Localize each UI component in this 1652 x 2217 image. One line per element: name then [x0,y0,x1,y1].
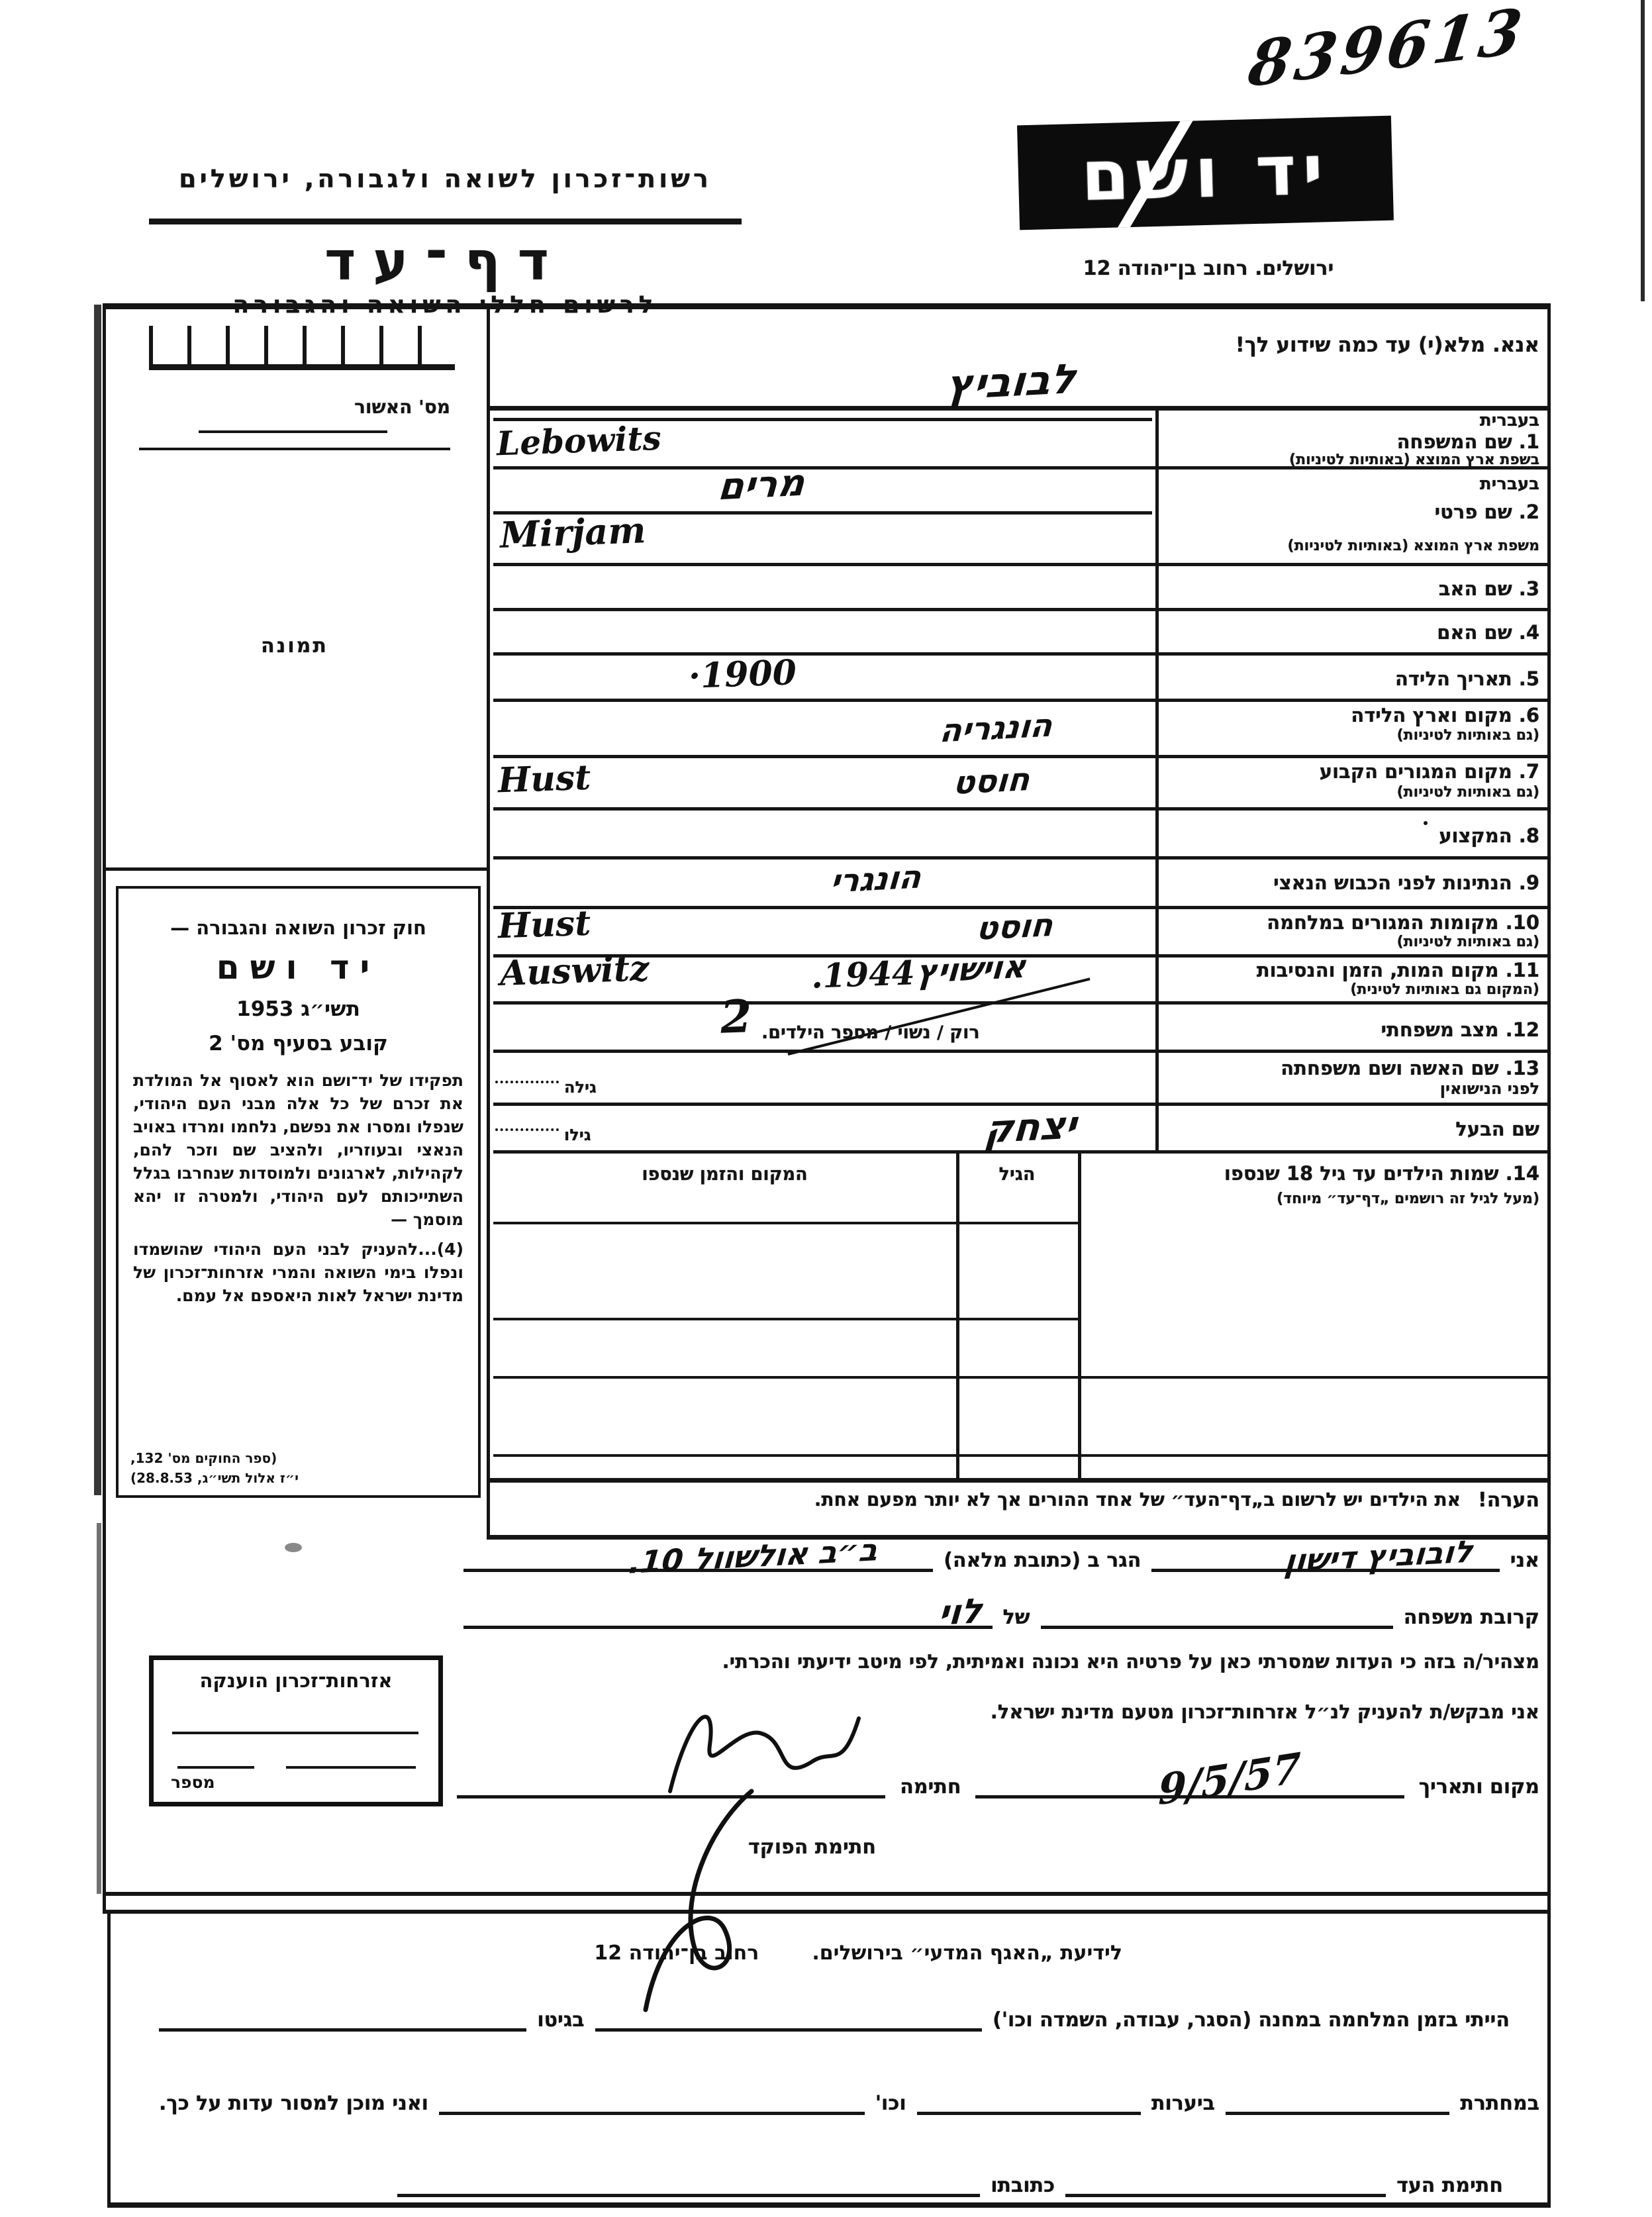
witness-signature-row: חתימת העד כתובתו [397,2160,1503,2197]
entry-first-name-latin: Mirjam [499,509,647,556]
field5-label: 5. תאריך הלידה [1395,667,1539,690]
entry-birth-date: 1900· [688,652,797,697]
field8-label: 8. המקצוע [1439,824,1539,847]
scan-edge-mark-right [1641,0,1645,301]
entry-birth-place: הונגריה [938,707,1054,750]
write-line-death-place [493,1001,1549,1005]
underground-field [1226,2112,1449,2115]
write-line-marital [493,1050,1549,1053]
ghetto-field [159,2028,526,2032]
write-line-birthplace [493,755,1549,758]
header-underline [149,219,742,224]
scan-edge-smudge-left [94,305,101,1495]
entry-husband-name: יצחק [983,1102,1079,1152]
main-box-top-border [103,303,1551,309]
etc-label: וכו' [875,2092,906,2115]
main-box-right-border [1547,303,1551,2207]
camp-field [595,2028,983,2032]
date-handwritten: 9/5/57 [1157,1743,1300,1814]
notice-address: רחוב בן־יהודה 12 [594,1942,759,1965]
signature-label: חתימה [900,1775,961,1798]
entry-death-time: 1944. [810,953,916,995]
scientific-branch-notice: לידיעת „האגף המדעי״ בירושלים. רחוב בן־יה… [594,1942,1122,1965]
law-excerpt-box: חוק זכרון השואה והגבורה — יד ושם תשי״ג 1… [116,886,481,1498]
field7-label: 7. מקום המגורים הקבוע [1320,760,1539,783]
field10-sublabel: (גם באותיות לטיניות) [1397,934,1539,950]
relation-of-field: לוי [463,1626,993,1629]
law-clause: ‏(4)...להעניק לבני העם היהודי שהושמדו ונ… [133,1238,463,1307]
entry-first-name-hebrew: מרים [716,462,806,509]
entry-family-name-latin: Lebowits [496,419,661,464]
write-line-father [493,608,1549,611]
field2-lang-label: בעברית [1480,474,1539,494]
stamp-title: אזרחות־זכרון הוענקה [154,1669,438,1692]
double-line-lower [103,1910,1551,1914]
authority-name: רשות־זכרון לשואה ולגבורה, ירושלים [152,164,738,193]
photo-box-inner-line [139,448,450,450]
declaration-relation-row: קרובת משפחה של לוי [463,1595,1539,1629]
logo-text: יד ושם [1080,129,1330,217]
double-line-upper [103,1892,1551,1896]
etc-field [439,2112,865,2115]
field12-label: 12. מצב משפחתי [1381,1018,1540,1041]
place-date-label: מקום ותאריך [1419,1775,1539,1798]
approval-number-line [199,430,387,433]
write-line-mother [493,652,1549,656]
column-divider-right [1155,406,1159,1150]
registrar-signature [616,1781,788,2020]
law-name: יד ושם [119,948,478,987]
write-line-profession [493,856,1549,860]
stamp-line-right [286,1766,416,1769]
table-header-place-time: המקום והזמן שנספו [493,1164,956,1185]
yad-vashem-logo: יד ושם [1017,116,1394,230]
table-row-line-2 [493,1376,1549,1379]
column-divider-left [487,303,490,1538]
field2-sublabel: משפת ארץ המוצא (באותיות לטיניות) [1288,538,1539,554]
law-title: חוק זכרון השואה והגבורה — [119,916,478,939]
witness-address-label: כתובתו [991,2174,1055,2197]
field11-label: 11. מקום המות, הזמן והנסיבות [1257,959,1539,981]
her-age-line [495,1081,559,1083]
field4-label: 4. שם האם [1437,621,1539,644]
field3-label: 3. שם האב [1439,577,1539,600]
field9-label: 9. הנתינות לפני הכבוש הנאצי [1273,871,1539,894]
field2-label: 2. שם פרטי [1435,501,1539,523]
witness-name-field: לובוביץ דישון [1151,1569,1499,1572]
declaration-resides-label: הגר ב (כתובת מלאה) [944,1549,1141,1572]
law-year: תשי״ג 1953 [119,997,478,1021]
field7-sublabel: (גם באותיות לטיניות) [1397,784,1539,801]
write-line-residence [493,807,1549,811]
field6-label: 6. מקום וארץ הלידה [1351,704,1539,726]
write-line-first-latin [493,563,1549,566]
field6-sublabel: (גם באותיות לטיניות) [1397,727,1539,744]
write-line-husband [493,1150,1549,1154]
law-source-line1: (ספר החוקים מס' 132, [130,1450,277,1466]
scan-speck-1 [1424,821,1428,825]
forests-field [917,2112,1141,2115]
table-header-underline [493,1222,1078,1224]
write-line-birthdate [493,699,1549,702]
instruction-separator [487,406,1551,411]
law-body: תפקידו של יד־ושם הוא לאסוף אל המולדת את … [133,1069,463,1231]
witness-sig-label: חתימת העד [1396,2174,1503,2197]
declaration-request: אני מבקש/ת להעניק לנ״ל אזרחות־זכרון מטעם… [991,1700,1539,1723]
write-line-family-latin [493,466,1549,469]
entry-war-residence-latin: Hust [497,903,591,947]
table-header-age: הגיל [956,1164,1078,1185]
table-bottom-border [487,1478,1551,1483]
memorial-citizenship-stamp-box: אזרחות־זכרון הוענקה מספר [149,1655,443,1806]
resistance-row: במחתרת ביערות וכו' ואני מוכן למסור עדות … [159,2078,1539,2115]
form-title: דף־עד [152,230,738,292]
table-row-line-1 [493,1318,1078,1320]
field1-lang-label: בעברית [1480,411,1539,430]
her-age-label: גילה [564,1078,597,1097]
declaration-statement: מצהיר/ה בזה כי העדות שמסרתי כאן על פרטיה… [722,1650,1539,1673]
entry-nationality: הונגרי [829,858,922,900]
witness-address-handwritten: ב״ב אולשוול 10. [627,1532,879,1580]
note-text: את הילדים יש לרשום ב„דף־העד״ של אחד ההור… [814,1489,1461,1510]
field14-label: 14. שמות הילדים עד גיל 18 שנספו [1224,1162,1539,1185]
entry-children-count: 2 [720,990,753,1044]
marital-options-text: רוק / נשוי / מספר הילדים. [761,1022,980,1043]
entry-residence-hebrew: חוסט [951,761,1031,802]
relative-label: קרובת משפחה [1404,1606,1539,1629]
stamp-number-label: מספר [171,1773,215,1792]
entry-death-place-hebrew: אוישויץ [915,948,1028,991]
fill-instruction: אנא. מלא(י) עד כמה שידוע לך! [1236,333,1539,357]
note-label: הערה! [1478,1489,1539,1512]
scan-speck-2 [285,1543,302,1552]
witness-sig-field [1065,2194,1386,2197]
photo-box-bottom-border [103,867,490,871]
place-date-field: 9/5/57 [975,1795,1404,1798]
forests-label: ביערות [1151,2092,1215,2115]
husband-name-label: שם הבעל [1455,1118,1539,1140]
witness-address-field: ב״ב אולשוול 10. [463,1569,933,1572]
field10-label: 10. מקומות המגורים במלחמה [1267,911,1539,934]
field11-sublabel: (המקום גם באותיות לטינית) [1350,981,1539,998]
serial-number-handwritten: 839613 [1245,0,1530,101]
field13-label: 13. שם האשה ושם משפחתה [1281,1057,1539,1079]
field1-label: 1. שם המשפחה [1397,430,1539,453]
ghetto-label: בגיטו [537,2008,584,2032]
witness-name-handwritten: לובוביץ דישון [1283,1534,1474,1579]
declaration-i-label: אני [1510,1549,1539,1572]
children-note-row: הערה! את הילדים יש לרשום ב„דף־העד״ של אח… [493,1489,1539,1519]
page-of-testimony-scan: רשות־זכרון לשואה ולגבורה, ירושלים דף־עד … [0,0,1652,2217]
his-age-label: גילו [564,1126,591,1144]
photo-label: תמונה [103,634,487,658]
table-row-line-3 [493,1454,1549,1457]
entry-family-name-hebrew: לבוביץ [944,354,1077,409]
relation-of-handwritten: לוי [937,1591,983,1633]
field13-sublabel: לפני הנישואין [1440,1079,1539,1098]
entry-death-place-latin: Auswitz [499,948,650,994]
table-divider-age-right [1078,1150,1081,1478]
entry-residence-latin: Hust [497,758,591,801]
notice-text: לידיעת „האגף המדעי״ בירושלים. [812,1942,1122,1965]
bottom-box-bottom-border [107,2202,1551,2208]
stamp-line-left [177,1766,254,1769]
field14-sublabel: (מעל לגיל זה רושמים „דף־עד״ מיוחד) [1277,1191,1539,1207]
scan-edge-smudge-left-lower [97,1523,101,1894]
camp-label: הייתי בזמן המלחמה במחנה (הסגר, עבודה, הש… [993,2008,1510,2032]
his-age-line [495,1128,559,1131]
stamp-line-full [172,1732,418,1734]
testify-label: ואני מוכן למסור עדות על כך. [159,2092,428,2115]
relation-degree-field [1041,1626,1393,1629]
underground-label: במחתרת [1460,2092,1539,2115]
law-source-line2: י״ז אלול תשי״ג, 28.8.53) [130,1470,299,1486]
bottom-box-left-border [107,1910,111,2206]
ruler-ticks [149,326,455,370]
of-label: של [1003,1606,1030,1629]
war-location-row: הייתי בזמן המלחמה במחנה (הסגר, עבודה, הש… [159,1995,1510,2032]
witness-address-field2 [397,2194,980,2197]
table-divider-age-left [956,1150,959,1478]
office-address: ירושלים. רחוב בן־יהודה 12 [1023,257,1394,280]
law-section: קובע בסעיף מס' 2 [119,1032,478,1056]
entry-war-residence-hebrew: חוסט [975,907,1054,948]
approval-number-label: מס' האשור [354,396,450,418]
declaration-identity-row: אני לובוביץ דישון הגר ב (כתובת מלאה) ב״ב… [463,1538,1539,1572]
main-box-left-border [103,303,106,1913]
